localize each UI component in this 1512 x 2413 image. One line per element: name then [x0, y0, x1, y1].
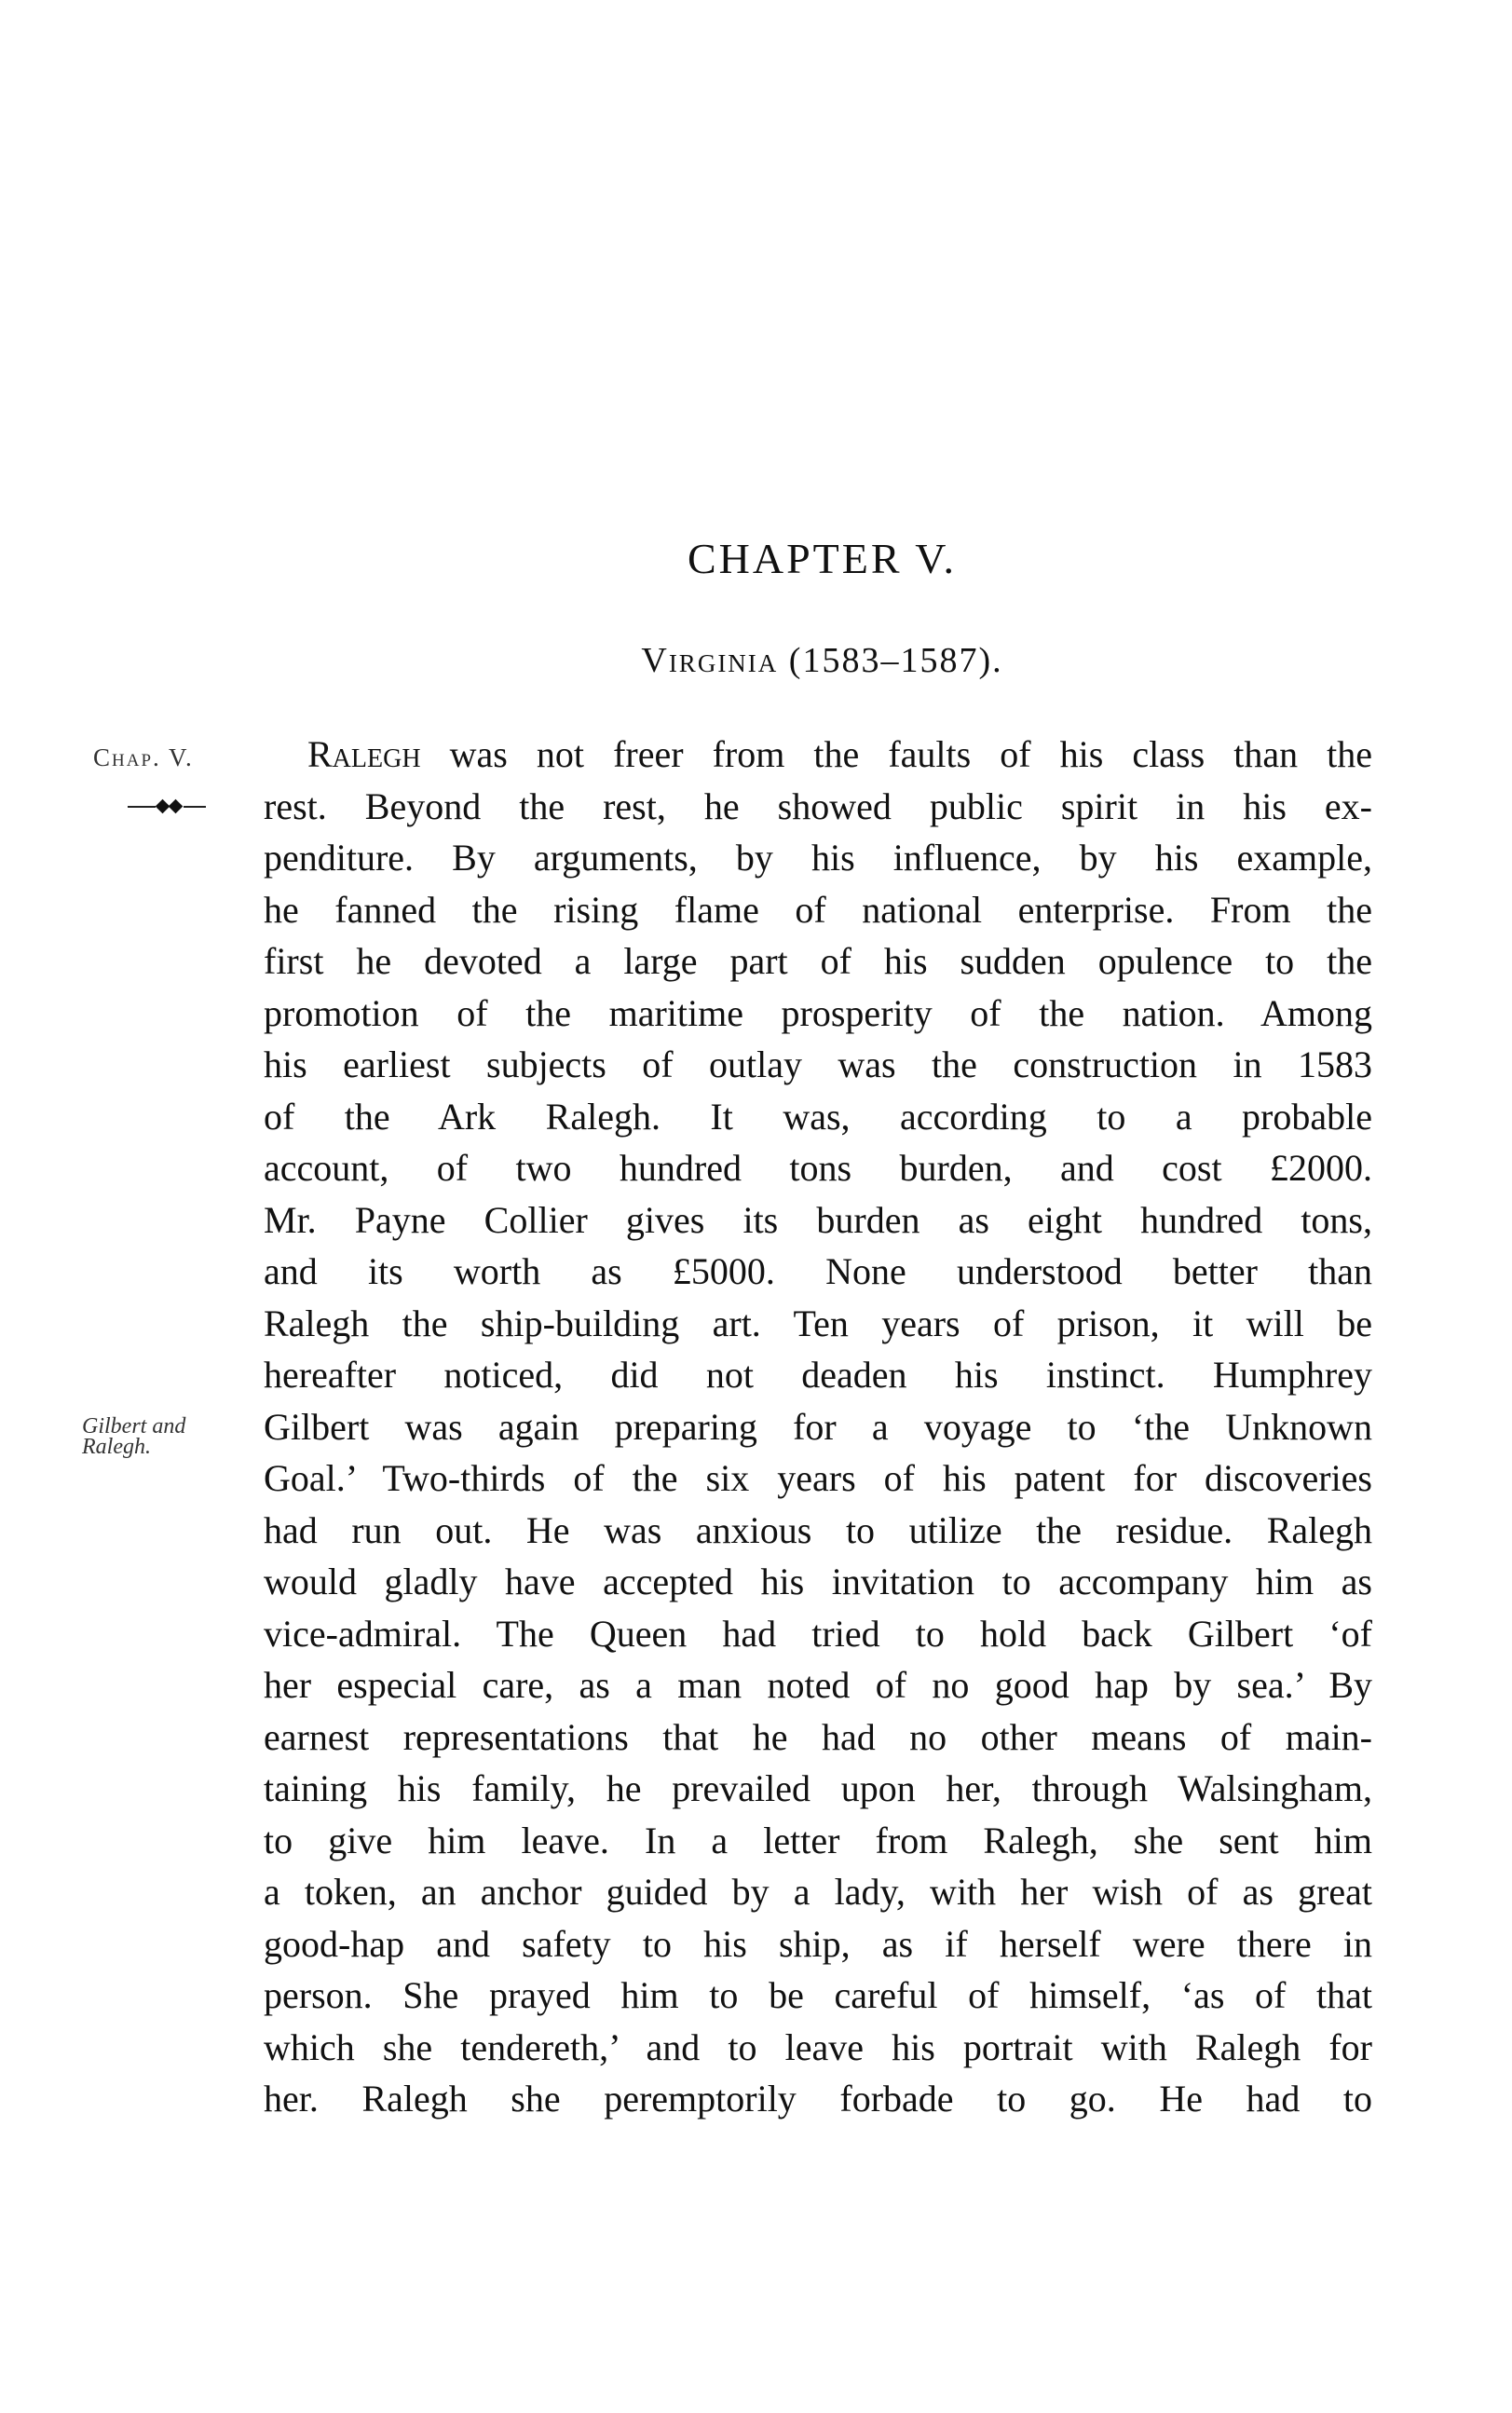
- text-line: her especial care, as a man noted of no …: [264, 1659, 1372, 1711]
- text-line: Ralegh was not freer from the faults of …: [264, 729, 1372, 781]
- text-line: earnest representations that he had no o…: [264, 1711, 1372, 1764]
- text-line: promotion of the maritime prosperity of …: [264, 988, 1372, 1040]
- text-line: vice-admiral. The Queen had tried to hol…: [264, 1608, 1372, 1660]
- text-line: would gladly have accepted his invitatio…: [264, 1556, 1372, 1608]
- text-line: his earliest subjects of outlay was the …: [264, 1039, 1372, 1091]
- text-line: Goal.’ Two-thirds of the six years of hi…: [264, 1452, 1372, 1505]
- text-line: her. Ralegh she peremptorily forbade to …: [264, 2073, 1372, 2125]
- text-line: a token, an anchor guided by a lady, wit…: [264, 1866, 1372, 1918]
- text-line: and its worth as £5000. None understood …: [264, 1246, 1372, 1298]
- text-line: Ralegh the ship-building art. Ten years …: [264, 1298, 1372, 1350]
- margin-note-line: Ralegh.: [82, 1437, 240, 1457]
- text-line: good-hap and safety to his ship, as if h…: [264, 1918, 1372, 1970]
- ornament-rule-left: [128, 806, 156, 808]
- text-line: penditure. By arguments, by his influenc…: [264, 832, 1372, 884]
- text-line: of the Ark Ralegh. It was, according to …: [264, 1091, 1372, 1143]
- margin-chapter-label: Chap. V.: [93, 743, 233, 771]
- body-paragraph: Ralegh was not freer from the faults of …: [264, 729, 1372, 2125]
- text-line: person. She prayed him to be careful of …: [264, 1970, 1372, 2022]
- ornament-rule-right: [184, 806, 206, 808]
- text-line: he fanned the rising flame of national e…: [264, 884, 1372, 936]
- text-line: taining his family, he prevailed upon he…: [264, 1763, 1372, 1815]
- chapter-subtitle: Virginia (1583–1587).: [0, 637, 1512, 684]
- diamond-icon: [169, 799, 184, 814]
- margin-note: Gilbert and Ralegh.: [82, 1416, 240, 1457]
- margin-note-line: Gilbert and: [82, 1416, 240, 1437]
- ornament-icon: [128, 799, 206, 814]
- text-line: had run out. He was anxious to utilize t…: [264, 1505, 1372, 1557]
- text-line: which she tendereth,’ and to leave his p…: [264, 2022, 1372, 2074]
- chapter-title: CHAPTER V.: [0, 533, 1512, 585]
- book-page: CHAPTER V. Virginia (1583–1587). Chap. V…: [0, 0, 1512, 2413]
- text-line: Gilbert was again preparing for a voyage…: [264, 1401, 1372, 1453]
- drop-word: Ralegh: [307, 733, 421, 775]
- text-line-content: was not freer from the faults of his cla…: [421, 733, 1372, 775]
- text-line: first he devoted a large part of his sud…: [264, 935, 1372, 988]
- text-line: to give him leave. In a letter from Rale…: [264, 1815, 1372, 1867]
- text-line: hereafter noticed, did not deaden his in…: [264, 1349, 1372, 1401]
- text-line: rest. Beyond the rest, he showed public …: [264, 781, 1372, 833]
- text-line: account, of two hundred tons burden, and…: [264, 1142, 1372, 1194]
- text-line: Mr. Payne Collier gives its burden as ei…: [264, 1194, 1372, 1247]
